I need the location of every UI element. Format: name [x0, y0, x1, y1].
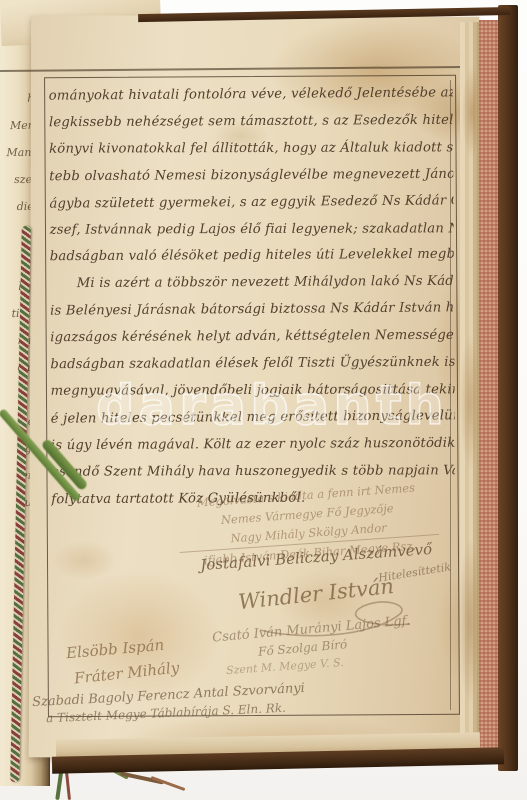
leather-cover-right — [498, 5, 518, 771]
handwritten-line: igazságos kérésének helyt adván, kéttség… — [50, 323, 454, 352]
handwritten-line: tebb olvasható Nemesi bizonyságlevélbe m… — [49, 161, 453, 190]
handwritten-line: is Belényesi Járásnak bátorsági biztossa… — [50, 296, 454, 326]
handwritten-line: könyvi kivonatokkal fel állitották, hogy… — [49, 135, 453, 163]
handwritten-line: ományokat hivatali fontolóra véve, vélek… — [49, 80, 453, 110]
handwritten-line: zsef, Istvánnak pedig Lajos élő fiai leg… — [50, 216, 454, 244]
patterned-endpaper — [479, 20, 499, 758]
handwritten-line: ágyba született gyermekei, s az eggyik E… — [49, 188, 453, 218]
handwritten-line: Mi is azért a többször nevezett Mihálydo… — [50, 269, 454, 298]
cord-fray — [151, 776, 186, 791]
handwritten-body: ományokat hivatali fontolóra véve, vélek… — [49, 81, 456, 514]
handwritten-line: legkissebb nehézséget sem támasztott, s … — [49, 108, 453, 137]
darabanth-watermark: darabanth — [96, 374, 448, 437]
manuscript-photo: hiMemMandszekdiertenumlépttibadmittchait… — [0, 0, 527, 800]
handwritten-line: badságban való élésöket pedig hiteles út… — [50, 242, 454, 271]
page-fore-edge — [460, 22, 480, 752]
